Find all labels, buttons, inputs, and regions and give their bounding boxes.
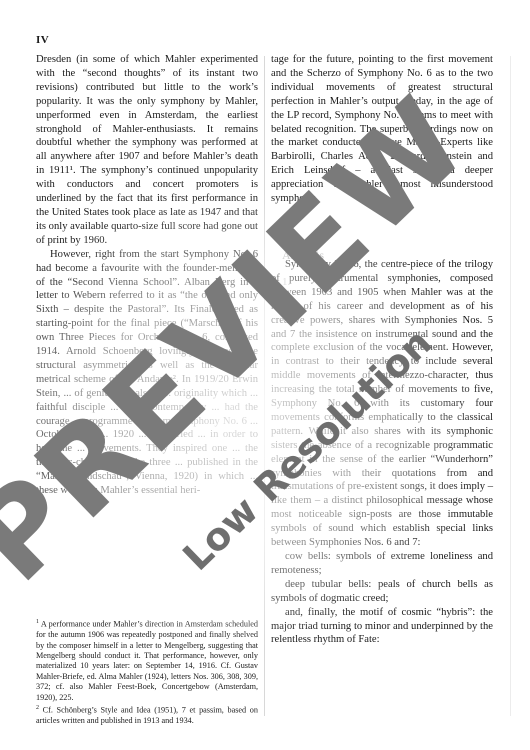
- page-edge-line: [510, 56, 511, 716]
- footnote-text: Cf. Schönberg’s Style and Idea (1951), 7…: [36, 706, 258, 725]
- footnote-mark: 1: [36, 619, 39, 625]
- left-column: Dresden (in some of which Mahler experim…: [36, 53, 258, 498]
- paragraph: Symphony No. 6, the centre-piece of the …: [271, 258, 493, 550]
- paragraph: Dresden (in some of which Mahler experim…: [36, 53, 258, 248]
- section-heading: Analysis: [282, 248, 324, 263]
- footnote-mark: 2: [36, 705, 39, 711]
- right-column: tage for the future, pointing to the fir…: [271, 53, 493, 647]
- column-divider: [264, 56, 265, 716]
- paragraph: and, finally, the motif of cosmic “hybri…: [271, 606, 493, 648]
- footnote-text: A performance under Mahler’s direction i…: [36, 620, 258, 702]
- section-number: 1.: [282, 276, 290, 288]
- paragraph: deep tubular bells: peals of church bell…: [271, 578, 493, 606]
- footnote: 1 A performance under Mahler’s direction…: [36, 617, 258, 703]
- footnotes: 1 A performance under Mahler’s direction…: [36, 617, 258, 727]
- footnote: 2 Cf. Schönberg’s Style and Idea (1951),…: [36, 703, 258, 727]
- page-number: IV: [36, 34, 49, 46]
- paragraph: tage for the future, pointing to the fir…: [271, 53, 493, 206]
- document-page: IV Dresden (in some of which Mahler expe…: [0, 0, 530, 750]
- paragraph: cow bells: symbols of extreme loneliness…: [271, 550, 493, 578]
- paragraph: However, right from the start Symphony N…: [36, 248, 258, 498]
